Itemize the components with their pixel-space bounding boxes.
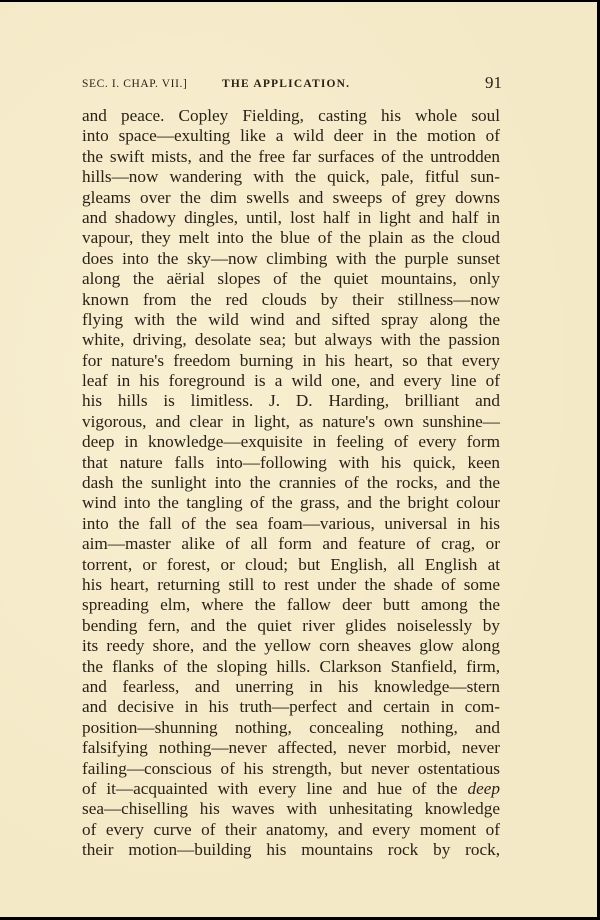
text-line: vigorous, and clear in light, as nature'…	[82, 412, 500, 432]
text-line: aim—master alike of all form and feature…	[82, 534, 500, 554]
text-line: falsifying nothing—never affected, never…	[82, 738, 500, 758]
page-number: 91	[485, 73, 502, 93]
text-segment: of it—acquainted with every line and hue…	[82, 779, 457, 798]
text-line: known from the red clouds by their still…	[82, 290, 500, 310]
text-line: the flanks of the sloping hills. Clarkso…	[82, 657, 500, 677]
body-text: and peace. Copley Fielding, casting his …	[82, 106, 500, 860]
text-line: his hills is limitless. J. D. Harding, b…	[82, 391, 500, 411]
chapter-title: THE APPLICATION.	[222, 78, 350, 90]
text-line: that nature falls into—following with hi…	[82, 453, 500, 473]
section-chapter-label: SEC. I. CHAP. VII.]	[82, 78, 187, 90]
text-line: the swift mists, and the free far surfac…	[82, 147, 500, 167]
text-line: bending fern, and the quiet river glides…	[82, 616, 500, 636]
text-line: and fearless, and unerring in his knowle…	[82, 677, 500, 697]
text-line: flying with the wild wind and sifted spr…	[82, 310, 500, 330]
text-line: hills—now wandering with the quick, pale…	[82, 167, 500, 187]
italic-word: deep	[468, 779, 500, 798]
running-head: SEC. I. CHAP. VII.] THE APPLICATION. 91	[82, 72, 502, 96]
text-line: of every curve of their anatomy, and eve…	[82, 820, 500, 840]
text-line: their motion—building his mountains rock…	[82, 840, 500, 860]
text-line-with-italic: of it—acquainted with every line and hue…	[82, 779, 500, 799]
text-line: failing—conscious of his strength, but n…	[82, 759, 500, 779]
text-line: vapour, they melt into the blue of the p…	[82, 228, 500, 248]
text-line: along the aërial slopes of the quiet mou…	[82, 269, 500, 289]
text-line: white, driving, desolate sea; but always…	[82, 330, 500, 350]
text-line: for nature's freedom burning in his hear…	[82, 351, 500, 371]
text-line: dash the sunlight into the crannies of t…	[82, 473, 500, 493]
text-line: and peace. Copley Fielding, casting his …	[82, 106, 500, 126]
text-line: its reedy shore, and the yellow corn she…	[82, 636, 500, 656]
text-line: position—shunning nothing, concealing no…	[82, 718, 500, 738]
text-line: wind into the tangling of the grass, and…	[82, 493, 500, 513]
text-line: deep in knowledge—exquisite in feeling o…	[82, 432, 500, 452]
text-line: torrent, or forest, or cloud; but Englis…	[82, 555, 500, 575]
text-line: gleams over the dim swells and sweeps of…	[82, 188, 500, 208]
text-line: and decisive in his truth—perfect and ce…	[82, 697, 500, 717]
text-line: into the fall of the sea foam—various, u…	[82, 514, 500, 534]
text-line: sea—chiselling his waves with unhesitati…	[82, 799, 500, 819]
text-line: does into the sky—now climbing with the …	[82, 249, 500, 269]
book-page: SEC. I. CHAP. VII.] THE APPLICATION. 91 …	[0, 2, 597, 917]
text-line: his heart, returning still to rest under…	[82, 575, 500, 595]
text-line: leaf in his foreground is a wild one, an…	[82, 371, 500, 391]
text-line: into space—exulting like a wild deer in …	[82, 126, 500, 146]
text-line: spreading elm, where the fallow deer but…	[82, 595, 500, 615]
text-line: and shadowy dingles, until, lost half in…	[82, 208, 500, 228]
